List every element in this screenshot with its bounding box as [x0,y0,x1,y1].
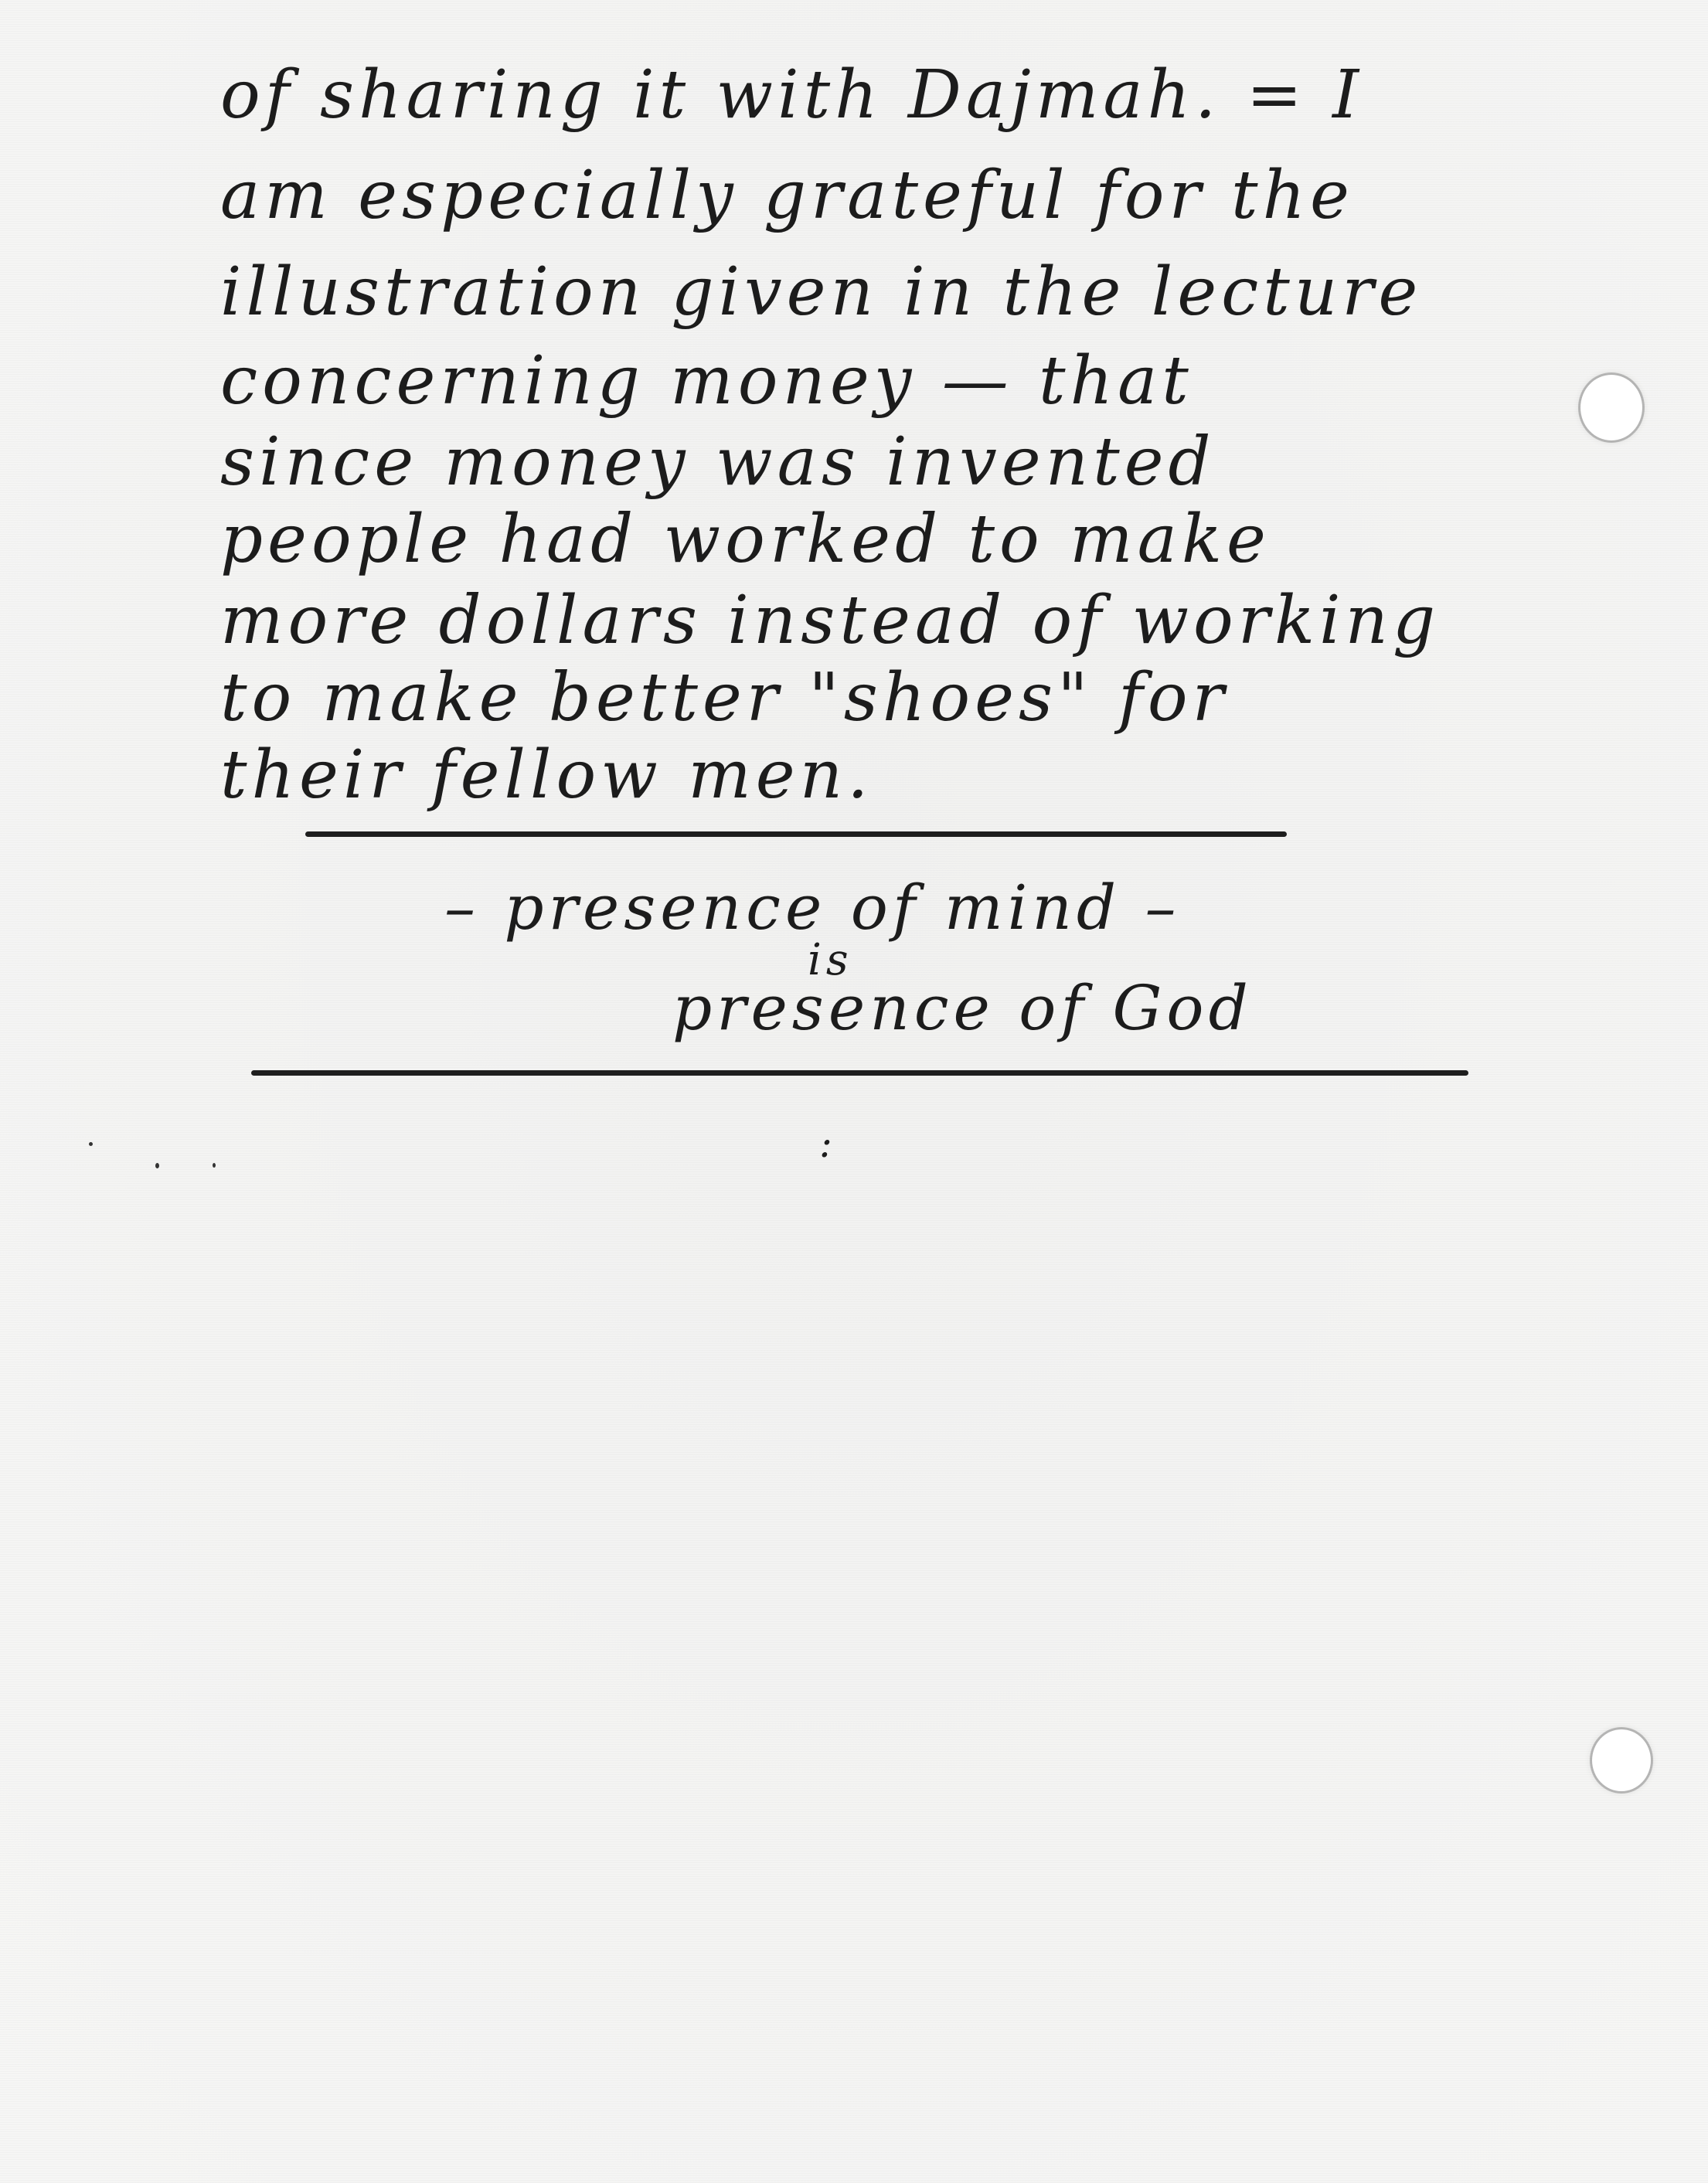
punch-hole-top [1580,375,1642,440]
body-line-3: illustration given in the lecture [220,259,1422,325]
body-line-6: people had worked to make [220,506,1271,573]
stray-mark: : [819,1124,837,1163]
quote-line-3: presence of God [672,978,1253,1039]
speck [155,1163,159,1168]
speck [213,1163,216,1168]
body-line-8: to make better "shoes" for [220,665,1229,731]
quote-line-1: – presence of mind – [444,877,1181,939]
speck [89,1142,93,1146]
body-line-2: am especially grateful for the [220,162,1354,229]
body-line-5: since money was invented [220,429,1216,495]
divider-top [305,831,1287,837]
punch-hole-bottom [1592,1729,1651,1791]
body-line-4: concerning money — that [220,348,1193,414]
scanned-page: of sharing it with Dajmah. = I am especi… [0,0,1708,2183]
body-line-1: of sharing it with Dajmah. = I [220,62,1363,128]
divider-bottom [251,1070,1468,1076]
body-line-7: more dollars instead of working [220,587,1440,654]
body-line-9: their fellow men. [220,742,873,808]
